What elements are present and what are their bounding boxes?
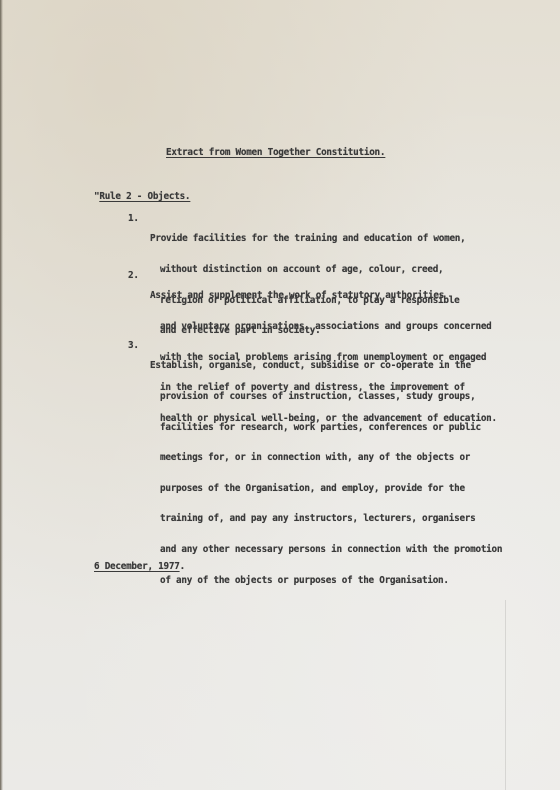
rule-heading-text: Rule 2 - Objects. — [99, 191, 190, 202]
item-1-line: Provide facilities for the training and … — [150, 234, 466, 244]
item-2-line: Assist and supplement the work of statut… — [150, 291, 497, 301]
item-3-line: meetings for, or in connection with, any… — [150, 453, 502, 463]
date-text: 6 December, 1977 — [94, 561, 180, 572]
item-3-text: Establish, organise, conduct, subsidise … — [150, 341, 502, 606]
typewritten-page: Extract from Women Together Constitution… — [0, 0, 560, 790]
item-3-line: Establish, organise, conduct, subsidise … — [150, 361, 502, 371]
item-3-line: purposes of the Organisation, and employ… — [150, 484, 502, 494]
item-3-line: and any other necessary persons in conne… — [150, 545, 502, 555]
item-3-line: facilities for research, work parties, c… — [150, 423, 502, 433]
item-2-number: 2. — [128, 271, 139, 281]
paper-edge-shadow — [0, 0, 3, 790]
document-date: 6 December, 1977. — [94, 562, 185, 572]
paper-crease — [505, 600, 506, 790]
item-1-number: 1. — [128, 214, 139, 224]
item-2-line: and voluntary organisations, association… — [150, 322, 497, 332]
item-3-line: of any of the objects or purposes of the… — [150, 576, 502, 586]
rule-heading: "Rule 2 - Objects. — [94, 192, 190, 202]
item-3-line: provision of courses of instruction, cla… — [150, 392, 502, 402]
document-title: Extract from Women Together Constitution… — [166, 148, 385, 158]
item-3-number: 3. — [128, 341, 139, 351]
date-period: . — [180, 561, 185, 572]
item-3-line: training of, and pay any instructors, le… — [150, 514, 502, 524]
